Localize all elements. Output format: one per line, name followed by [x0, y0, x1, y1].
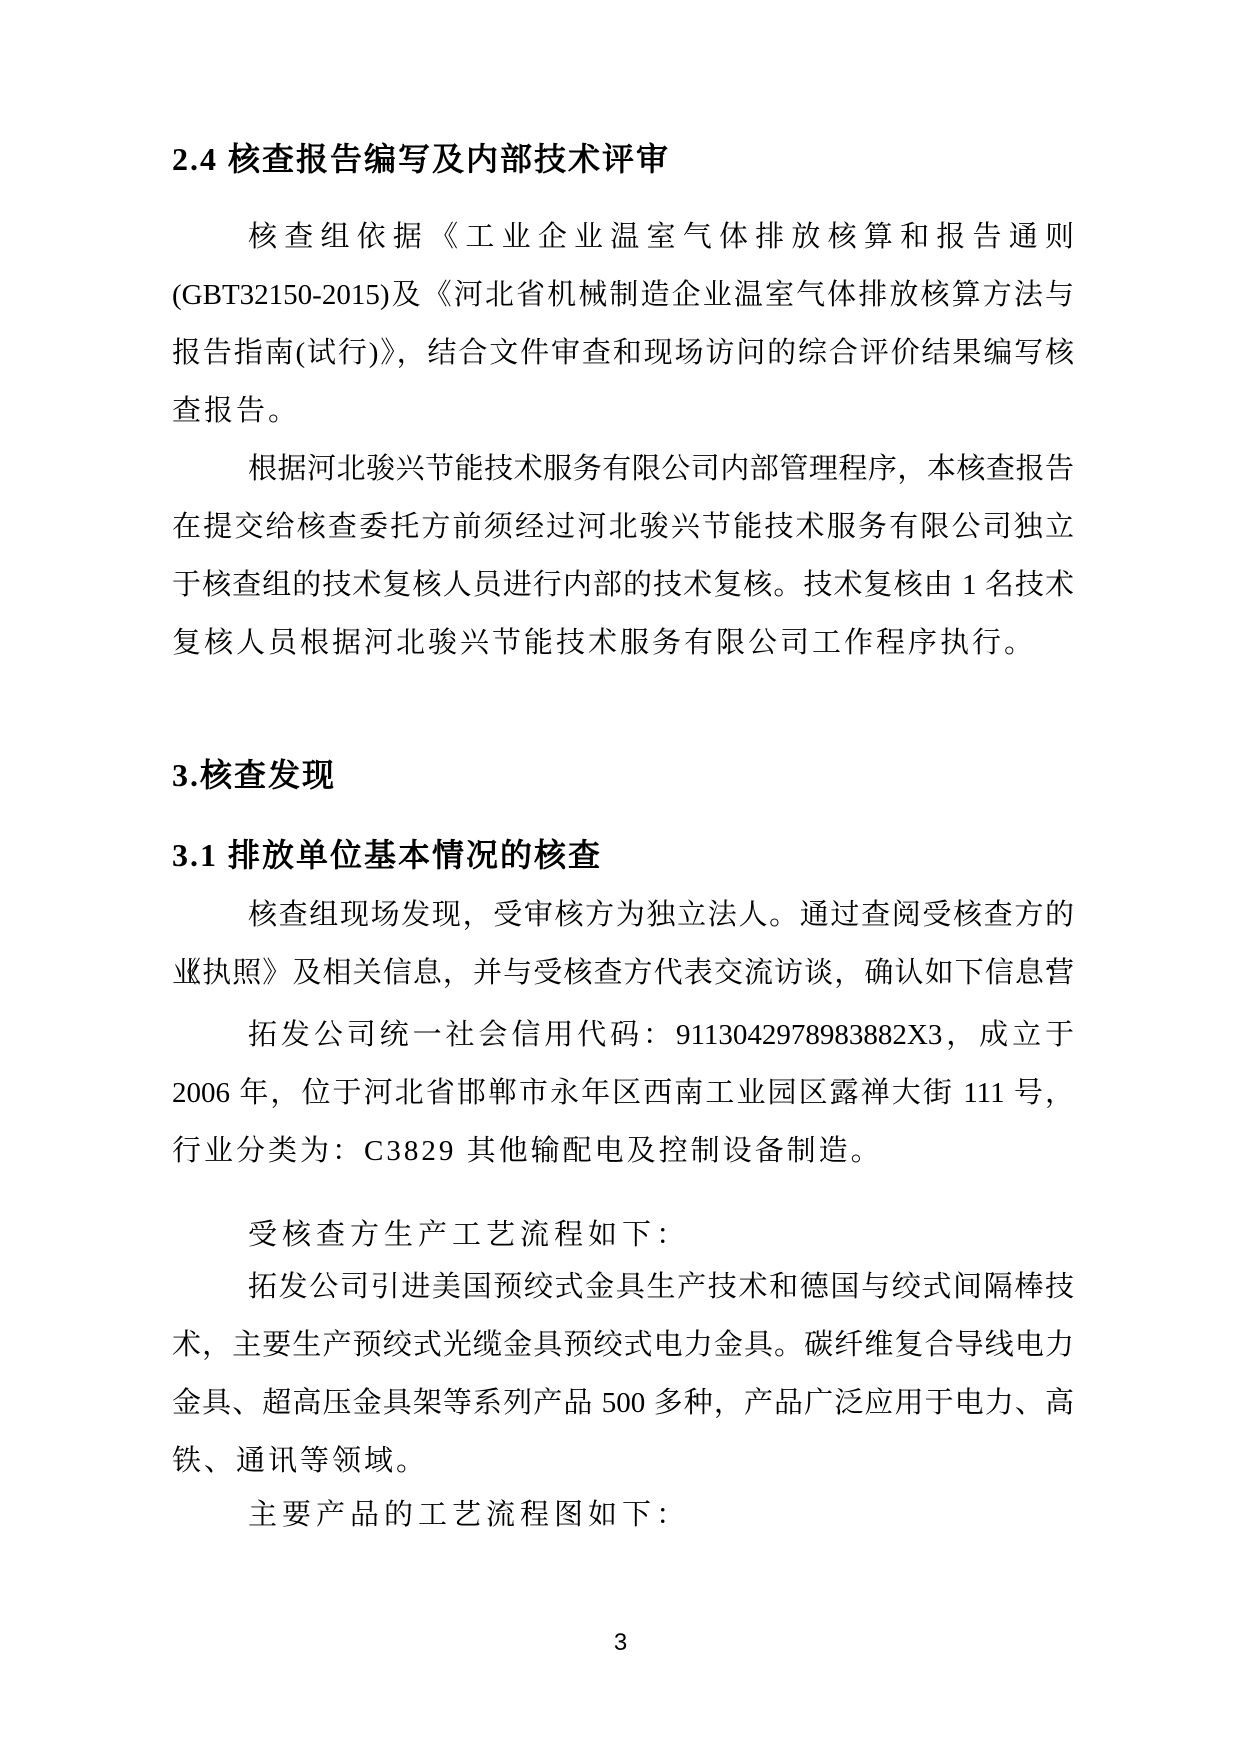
paragraph-verification-report-writing: 核查组依据《工业企业温室气体排放核算和报告通则 (GBT32150-2015)及… — [172, 208, 1074, 440]
paragraph-line: 主要产品的工艺流程图如下： — [172, 1486, 1074, 1544]
paragraph-line: 核查组现场发现，受审核方为独立法人。通过查阅受核查方的《营 — [172, 886, 1074, 944]
paragraph-line: 拓发公司统一社会信用代码：9113042978983882X3，成立于 — [172, 1006, 1074, 1064]
paragraph-line: 复核人员根据河北骏兴节能技术服务有限公司工作程序执行。 — [172, 614, 1074, 672]
paragraph-line: 报告指南(试行)》，结合文件审查和现场访问的综合评价结果编写核 — [172, 324, 1074, 382]
paragraph-line: 金具、超高压金具架等系列产品 500 多种，产品广泛应用于电力、高 — [172, 1374, 1074, 1432]
paragraph-company-products: 拓发公司引进美国预绞式金具生产技术和德国与绞式间隔棒技 术，主要生产预绞式光缆金… — [172, 1258, 1074, 1490]
paragraph-line: 在提交给核查委托方前须经过河北骏兴节能技术服务有限公司独立 — [172, 498, 1074, 556]
paragraph-line: 铁、通讯等领域。 — [172, 1432, 1074, 1490]
paragraph-line: 根据河北骏兴节能技术服务有限公司内部管理程序，本核查报告 — [172, 440, 1074, 498]
paragraph-line: 受核查方生产工艺流程如下： — [172, 1206, 1074, 1264]
paragraph-line: 查报告。 — [172, 382, 1074, 440]
paragraph-process-flow-intro: 受核查方生产工艺流程如下： — [172, 1206, 1074, 1264]
paragraph-company-registration-info: 拓发公司统一社会信用代码：9113042978983882X3，成立于 2006… — [172, 1006, 1074, 1180]
paragraph-onsite-finding: 核查组现场发现，受审核方为独立法人。通过查阅受核查方的《营 业执照》及相关信息，… — [172, 886, 1074, 1002]
paragraph-line: 拓发公司引进美国预绞式金具生产技术和德国与绞式间隔棒技 — [172, 1258, 1074, 1316]
page-number: 3 — [0, 1626, 1241, 1660]
section-heading-3-1: 3.1 排放单位基本情况的核查 — [172, 824, 1074, 886]
paragraph-line: 业执照》及相关信息，并与受核查方代表交流访谈，确认如下信息： — [172, 944, 1074, 1002]
paragraph-internal-review-procedure: 根据河北骏兴节能技术服务有限公司内部管理程序，本核查报告 在提交给核查委托方前须… — [172, 440, 1074, 672]
paragraph-line: 2006 年，位于河北省邯郸市永年区西南工业园区露禅大街 111 号， — [172, 1064, 1074, 1122]
paragraph-line: (GBT32150-2015)及《河北省机械制造企业温室气体排放核算方法与 — [172, 266, 1074, 324]
paragraph-line: 术，主要生产预绞式光缆金具预绞式电力金具。碳纤维复合导线电力 — [172, 1316, 1074, 1374]
document-page: 2.4 核查报告编写及内部技术评审 核查组依据《工业企业温室气体排放核算和报告通… — [0, 0, 1241, 1754]
paragraph-line: 核查组依据《工业企业温室气体排放核算和报告通则 — [172, 208, 1074, 266]
section-heading-3: 3.核查发现 — [172, 744, 1074, 806]
section-heading-2-4: 2.4 核查报告编写及内部技术评审 — [172, 128, 1074, 190]
paragraph-line: 于核查组的技术复核人员进行内部的技术复核。技术复核由 1 名技术 — [172, 556, 1074, 614]
paragraph-flow-diagram-intro: 主要产品的工艺流程图如下： — [172, 1486, 1074, 1544]
paragraph-line: 行业分类为：C3829 其他输配电及控制设备制造。 — [172, 1122, 1074, 1180]
